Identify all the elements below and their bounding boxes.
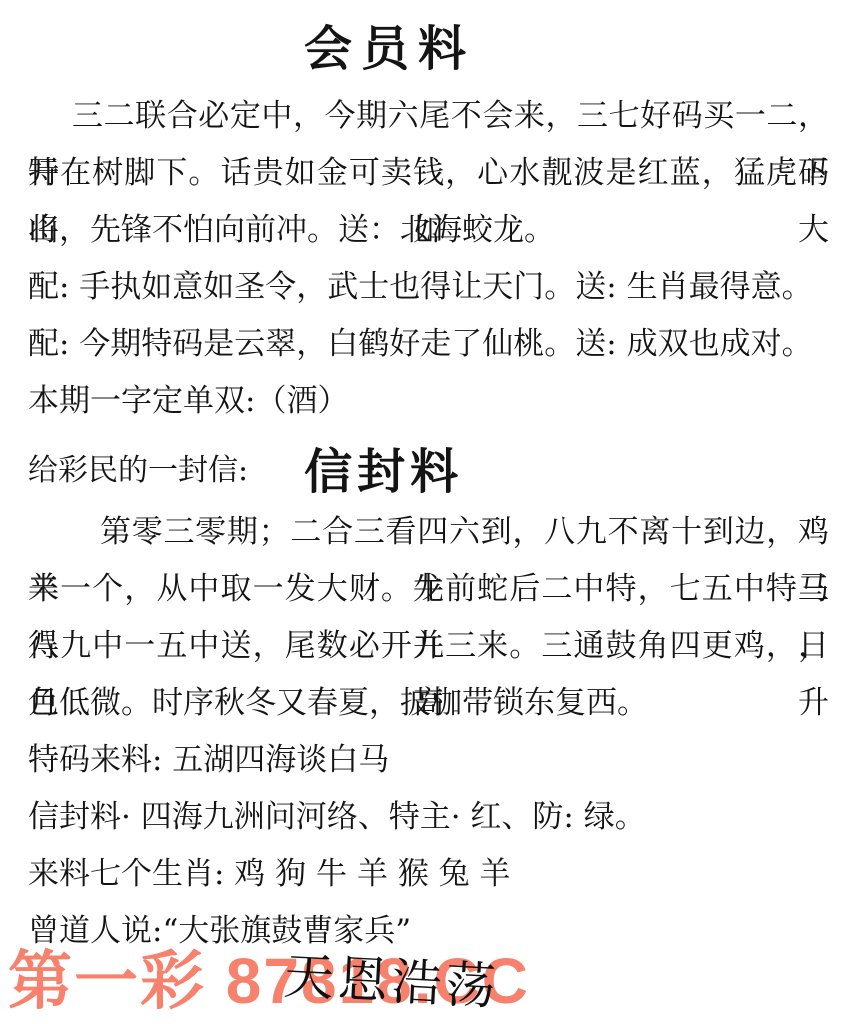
member-paragraph-line-2: 开在树脚下。话贵如金可卖钱，心水靓波是红蓝，猛虎下山如大 bbox=[28, 145, 829, 202]
page-title: 会员料 bbox=[28, 0, 829, 88]
envelope-heading-row: 给彩民的一封信: 信封料 bbox=[28, 430, 829, 504]
calligraphy-overlay-text: 天恩浩荡 bbox=[282, 936, 501, 1019]
envelope-paragraph-line-1: 第零三零期；二合三看四六到，八九不离十到边，鸡羊牛马 bbox=[28, 504, 829, 561]
pei-line-2: 配: 今期特码是云翠，白鹤好走了仙桃。送: 成双也成对。 bbox=[28, 316, 829, 373]
footer-area: 第一彩 87818.CC 天恩浩荡 bbox=[0, 934, 857, 1024]
document-page: 会员料 三二联合必定中，今期六尾不会来，三七好码买一二，特码 开在树脚下。话贵如… bbox=[0, 0, 857, 1024]
member-paragraph-line-1: 三二联合必定中，今期六尾不会来，三七好码买一二，特码 bbox=[28, 88, 829, 145]
single-double-line: 本期一字定单双:（酒） bbox=[28, 373, 829, 430]
envelope-paragraph-line-2: 来一个，从中取一发大财。龙前蛇后二中特，七五中特三八并， bbox=[28, 561, 829, 618]
letter-to-punters-label: 给彩民的一封信: bbox=[28, 445, 248, 489]
envelope-paragraph-line-3: 得九中一五中送，尾数必开九三来。三通鼓角四更鸡，日色高升 bbox=[28, 618, 829, 675]
zodiac-tip-line: 来料七个生肖: 鸡 狗 牛 羊 猴 兔 羊 bbox=[28, 846, 829, 903]
envelope-tip-line: 信封料· 四海九洲问河络、特主· 红、防: 绿。 bbox=[28, 789, 829, 846]
document-content: 会员料 三二联合必定中，今期六尾不会来，三七好码买一二，特码 开在树脚下。话贵如… bbox=[0, 0, 857, 960]
special-code-tip-line: 特码来料: 五湖四海谈白马 bbox=[28, 732, 829, 789]
pei-line-1: 配: 手执如意如圣令，武士也得让天门。送: 生肖最得意。 bbox=[28, 259, 829, 316]
envelope-section-title: 信封料 bbox=[304, 433, 463, 502]
